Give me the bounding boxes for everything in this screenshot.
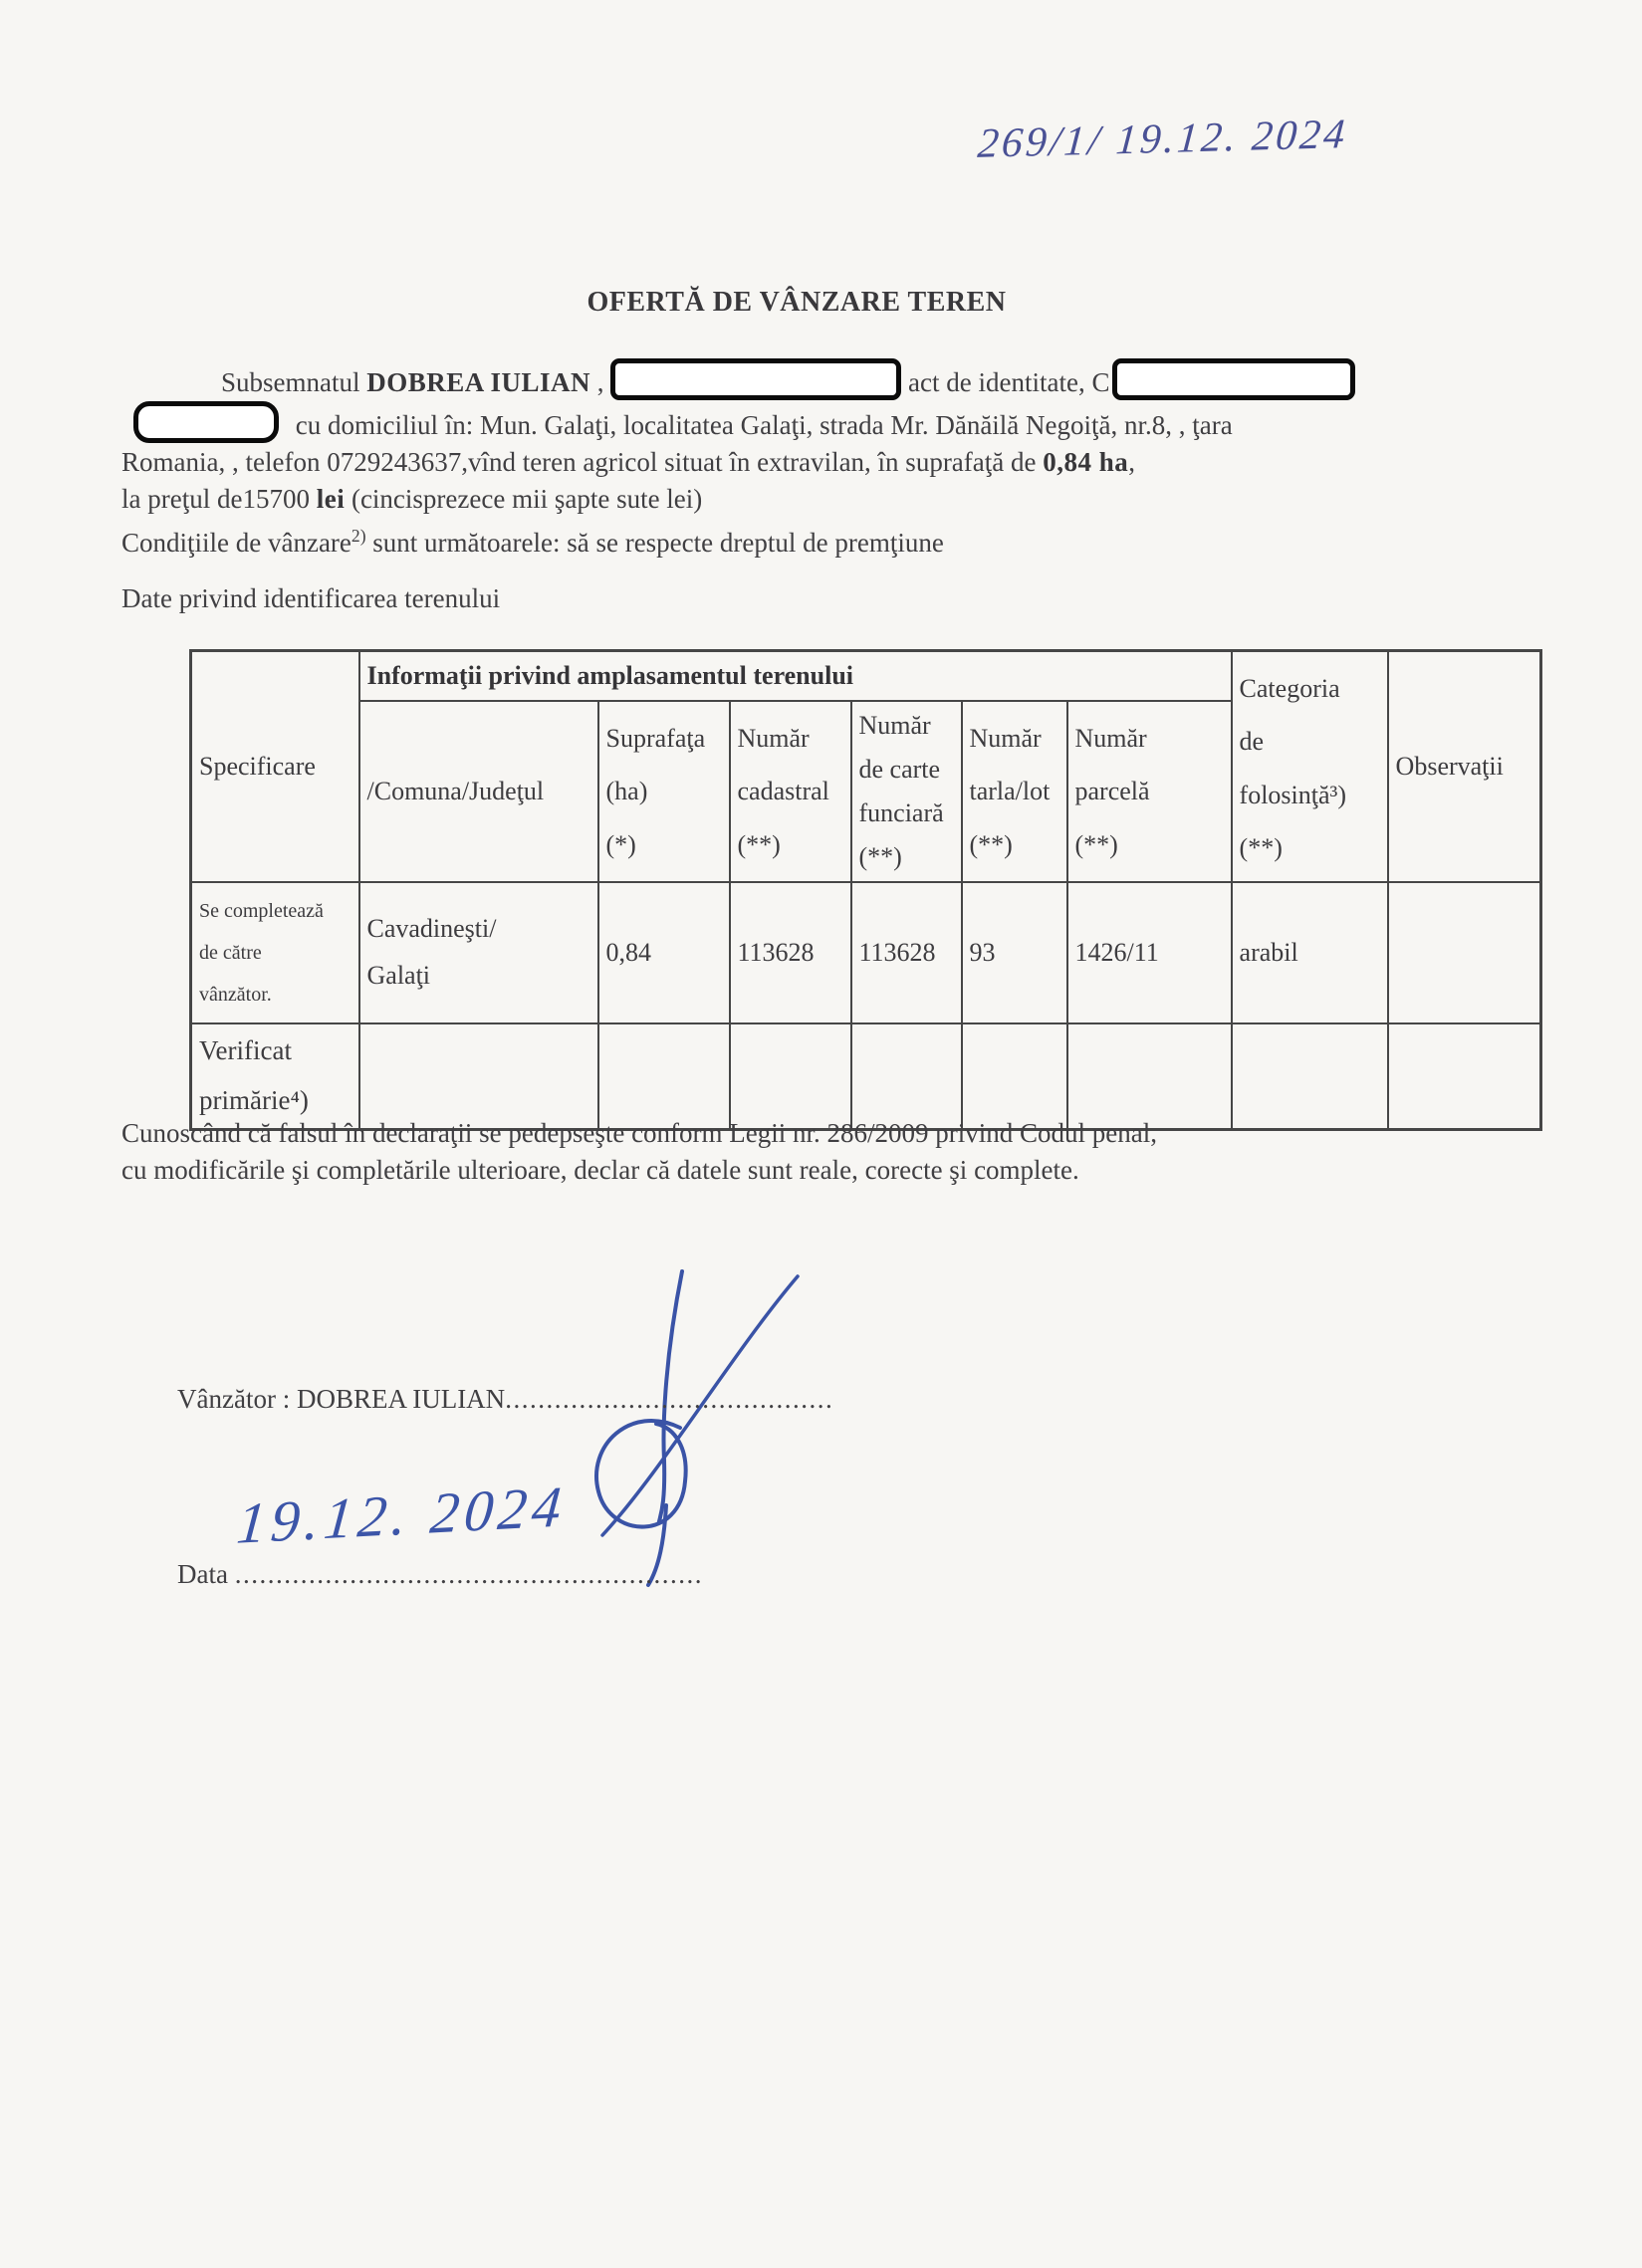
header-specificare: Specificare — [191, 651, 359, 883]
handwritten-registration-number: 269/1/ 19.12. 2024 — [976, 111, 1349, 168]
row-label-se-completeaza: Se completează de către vânzător. — [191, 882, 359, 1023]
seller-dotted-line: ........................................ — [505, 1384, 833, 1414]
seller-line-label: Vânzător : DOBREA IULIAN — [177, 1384, 505, 1414]
cell-empty — [730, 1023, 851, 1129]
header-informatii-amplasament: Informaţii privind amplasamentul terenul… — [359, 651, 1232, 701]
declaration-paragraph: Cunoscând că falsul în declaraţii se ped… — [121, 1115, 1545, 1189]
intro-text: act de identitate, C — [901, 367, 1109, 397]
intro-line-5: Condiţiile de vânzare2) sunt următoarele… — [121, 518, 1516, 562]
intro-line-2: cu domiciliul în: Mun. Galaţi, localitat… — [121, 401, 1516, 444]
redaction-box-identity — [1112, 358, 1355, 400]
cell-empty — [598, 1023, 730, 1129]
row-label-verificat-primarie: Verificat primărie⁴) — [191, 1023, 359, 1129]
cell-categoria-value: arabil — [1232, 882, 1388, 1023]
cell-empty — [851, 1023, 962, 1129]
cell-parcela-value: 1426/11 — [1067, 882, 1232, 1023]
header-numar-parcela: Număr parcelă (**) — [1067, 701, 1232, 883]
seller-signature-line: Vânzător : DOBREA IULIAN................… — [177, 1384, 833, 1415]
header-numar-carte-funciara: Număr de carte funciară (**) — [851, 701, 962, 883]
header-categoria-folosinta: Categoria de folosinţă³) (**) — [1232, 651, 1388, 883]
cell-tarla-value: 93 — [962, 882, 1067, 1023]
intro-text: la preţul de15700 — [121, 484, 317, 514]
cell-carte-funciara-value: 113628 — [851, 882, 962, 1023]
intro-text: cu domiciliul în: Mun. Galaţi, localitat… — [289, 410, 1233, 440]
cell-empty — [359, 1023, 598, 1129]
date-dotted-line: ........................................… — [235, 1559, 703, 1589]
footnote-marker-2: 2) — [352, 526, 366, 546]
handwritten-signature — [563, 1256, 802, 1590]
date-line: Data ...................................… — [177, 1559, 703, 1590]
header-observatii: Observaţii — [1388, 651, 1541, 883]
redaction-box-series — [133, 401, 279, 443]
document-title: OFERTĂ DE VÂNZARE TEREN — [121, 287, 1472, 319]
intro-line-4: la preţul de15700 lei (cincisprezece mii… — [121, 481, 1516, 518]
intro-text: (cincisprezece mii şapte sute lei) — [345, 484, 702, 514]
cell-cadastral-value: 113628 — [730, 882, 851, 1023]
intro-line-3: Romania, , telefon 0729243637,vînd teren… — [121, 444, 1516, 481]
header-comuna-judetul: /Comuna/Judeţul — [359, 701, 598, 883]
table-row-seller: Se completează de către vânzător. Cavadi… — [191, 882, 1541, 1023]
cell-empty — [1388, 1023, 1541, 1129]
intro-paragraph: Subsemnatul DOBREA IULIAN , act de ident… — [121, 358, 1516, 562]
intro-text: sunt următoarele: să se respecte dreptul… — [366, 528, 944, 558]
land-identification-table: Specificare Informaţii privind amplasame… — [189, 649, 1542, 1131]
intro-text: Romania, , telefon 0729243637,vînd teren… — [121, 447, 1043, 477]
currency-label: lei — [317, 484, 346, 514]
intro-text: , — [590, 367, 610, 397]
land-area-value: 0,84 ha — [1043, 447, 1128, 477]
declaration-line-1: Cunoscând că falsul în declaraţii se ped… — [121, 1115, 1545, 1152]
table-row-verificat: Verificat primărie⁴) — [191, 1023, 1541, 1129]
redaction-box-cnp — [610, 358, 901, 400]
cell-suprafata-value: 0,84 — [598, 882, 730, 1023]
section-label: Date privind identificarea terenului — [121, 583, 500, 614]
handwritten-date: 19.12. 2024 — [234, 1473, 569, 1557]
intro-text: Subsemnatul — [221, 367, 366, 397]
cell-empty — [962, 1023, 1067, 1129]
intro-line-1: Subsemnatul DOBREA IULIAN , act de ident… — [121, 358, 1516, 401]
header-numar-tarla-lot: Număr tarla/lot (**) — [962, 701, 1067, 883]
cell-empty — [1067, 1023, 1232, 1129]
declaration-line-2: cu modificările şi completările ulterioa… — [121, 1152, 1545, 1189]
cell-observatii-value — [1388, 882, 1541, 1023]
cell-comuna-value: Cavadineşti/ Galaţi — [359, 882, 598, 1023]
scanned-document-page: 269/1/ 19.12. 2024 OFERTĂ DE VÂNZARE TER… — [0, 0, 1642, 2268]
intro-text: Condiţiile de vânzare — [121, 528, 352, 558]
cell-empty — [1232, 1023, 1388, 1129]
header-numar-cadastral: Număr cadastral (**) — [730, 701, 851, 883]
intro-text: , — [1128, 447, 1135, 477]
date-line-label: Data — [177, 1559, 235, 1589]
header-suprafata: Suprafaţa (ha) (*) — [598, 701, 730, 883]
seller-name: DOBREA IULIAN — [366, 367, 590, 397]
